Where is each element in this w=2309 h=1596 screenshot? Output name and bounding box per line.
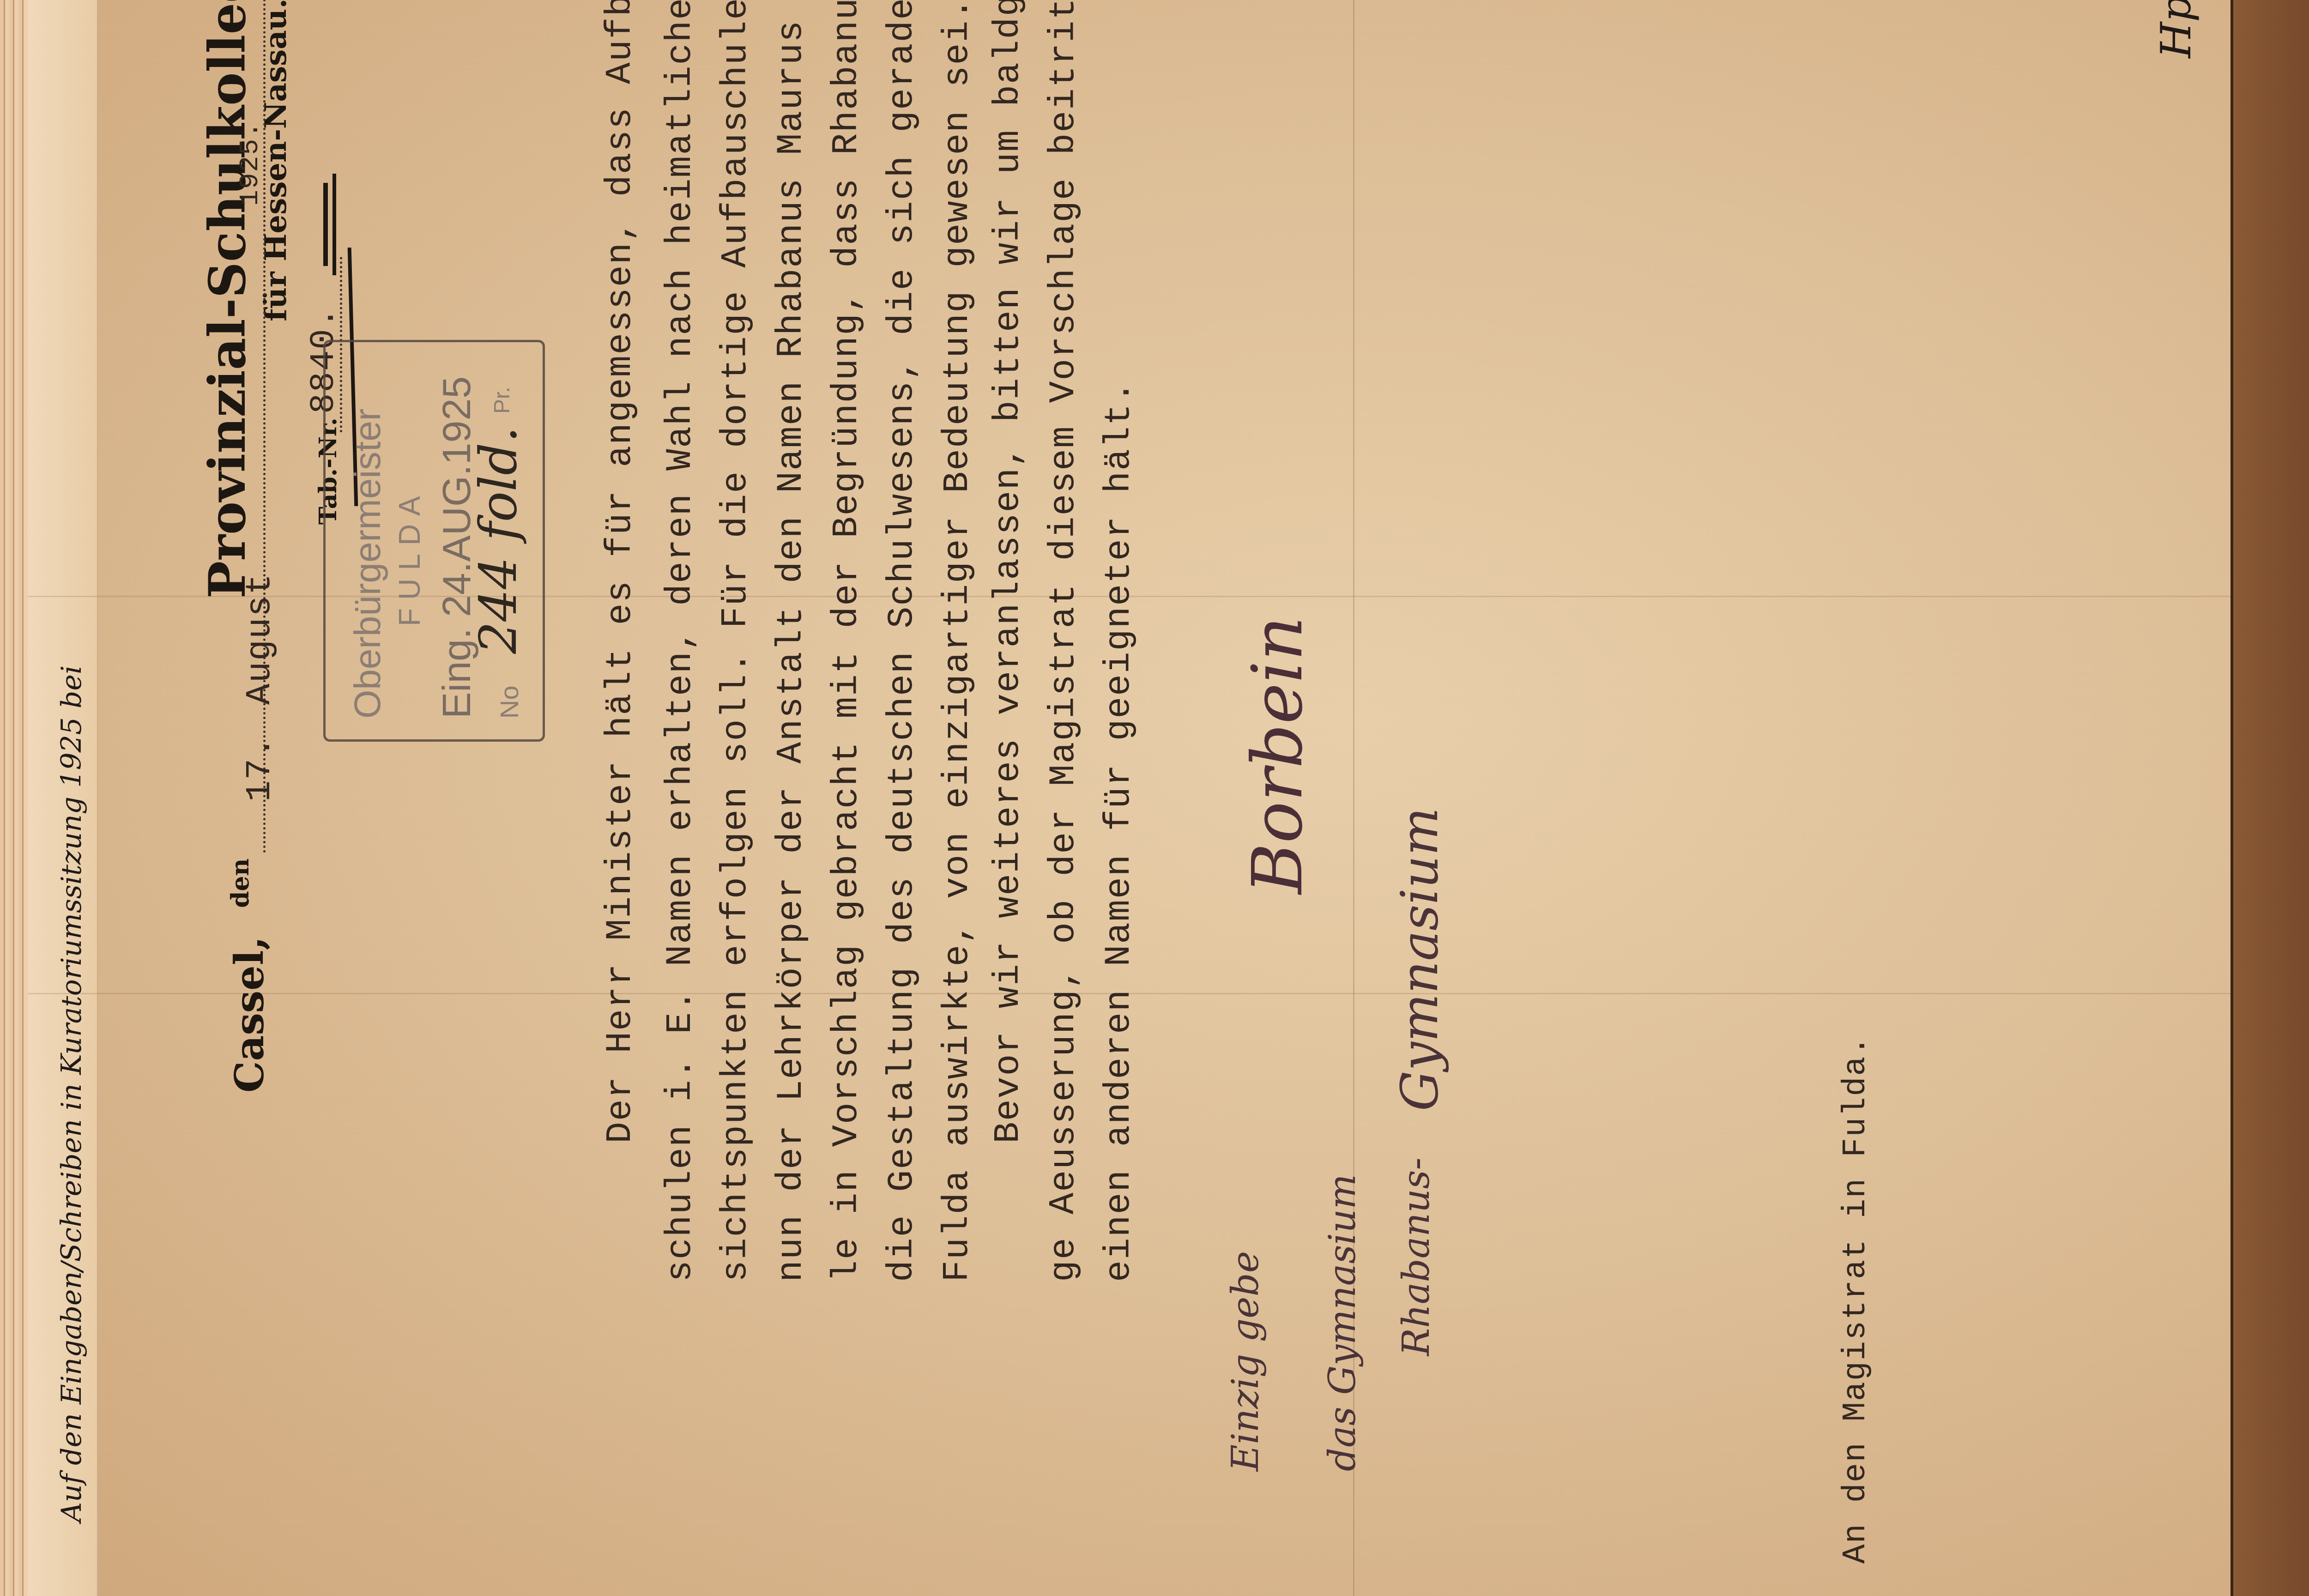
body-line: Fulda auswirkte, von einzigartiger Bedeu…	[937, 0, 978, 1282]
letterhead-rule	[332, 174, 336, 275]
body-line: schulen i. E. Namen erhalten, deren Wahl…	[660, 0, 701, 1282]
body-line: sichtspunkten erfolgen soll. Für die dor…	[716, 0, 756, 1282]
body-line: le in Vorschlag gebracht mit der Begründ…	[827, 0, 867, 1282]
handwritten-margin-note: Auf den Eingaben/Schreiben in Kuratorium…	[55, 665, 88, 1522]
body-line: die Gestaltung des deutschen Schulwesens…	[882, 0, 923, 1282]
handwritten-corner-initial: Hp	[2152, 0, 2200, 58]
date-den: den	[226, 858, 254, 908]
handwritten-note-line: Rhabanus-	[1395, 1158, 1438, 1356]
date-month: August	[240, 573, 280, 705]
handwritten-note-line: das Gymnasium	[1321, 1174, 1364, 1471]
letterhead-rule	[323, 183, 328, 266]
body-line: nun der Lehrkörper der Anstalt den Namen…	[771, 0, 812, 1282]
date-year: 1925.	[236, 121, 266, 206]
body-line: ge Aeusserung, ob der Magistrat diesem V…	[1044, 0, 1084, 1282]
stamp-city: FULDA	[393, 488, 427, 626]
handwritten-signature: Borbein	[1238, 616, 1318, 894]
handwritten-note-line: Einzig gebe	[1224, 1251, 1267, 1471]
addressee: An den Magistrat in Fulda.	[1838, 1035, 1874, 1564]
stamp-number-handwritten: 244 fold.	[469, 427, 528, 654]
letterhead-title: Provinzial-Schulkollegium	[199, 0, 257, 598]
handwritten-note-line: Gymnasium	[1390, 807, 1449, 1111]
body-line: einen anderen Namen für geeigneter hält.	[1099, 381, 1140, 1282]
folder-backing	[2230, 0, 2309, 1596]
date-day: 17.	[240, 736, 280, 802]
letter-page: Provinzial-Schulkollegium für Hessen-Nas…	[28, 0, 2230, 1596]
body-line: Der Herr Minister hält es für angemessen…	[600, 0, 641, 1143]
date-city: Cassel,	[226, 937, 273, 1093]
stamp-suffix: Pr.	[490, 387, 515, 414]
stamp-no-label: No	[494, 685, 524, 719]
body-line: Bevor wir weiteres veranlassen, bitten w…	[988, 0, 1029, 1143]
stamp-office: Oberbürgermeister	[346, 409, 389, 719]
stacked-page-edges	[0, 0, 28, 1596]
